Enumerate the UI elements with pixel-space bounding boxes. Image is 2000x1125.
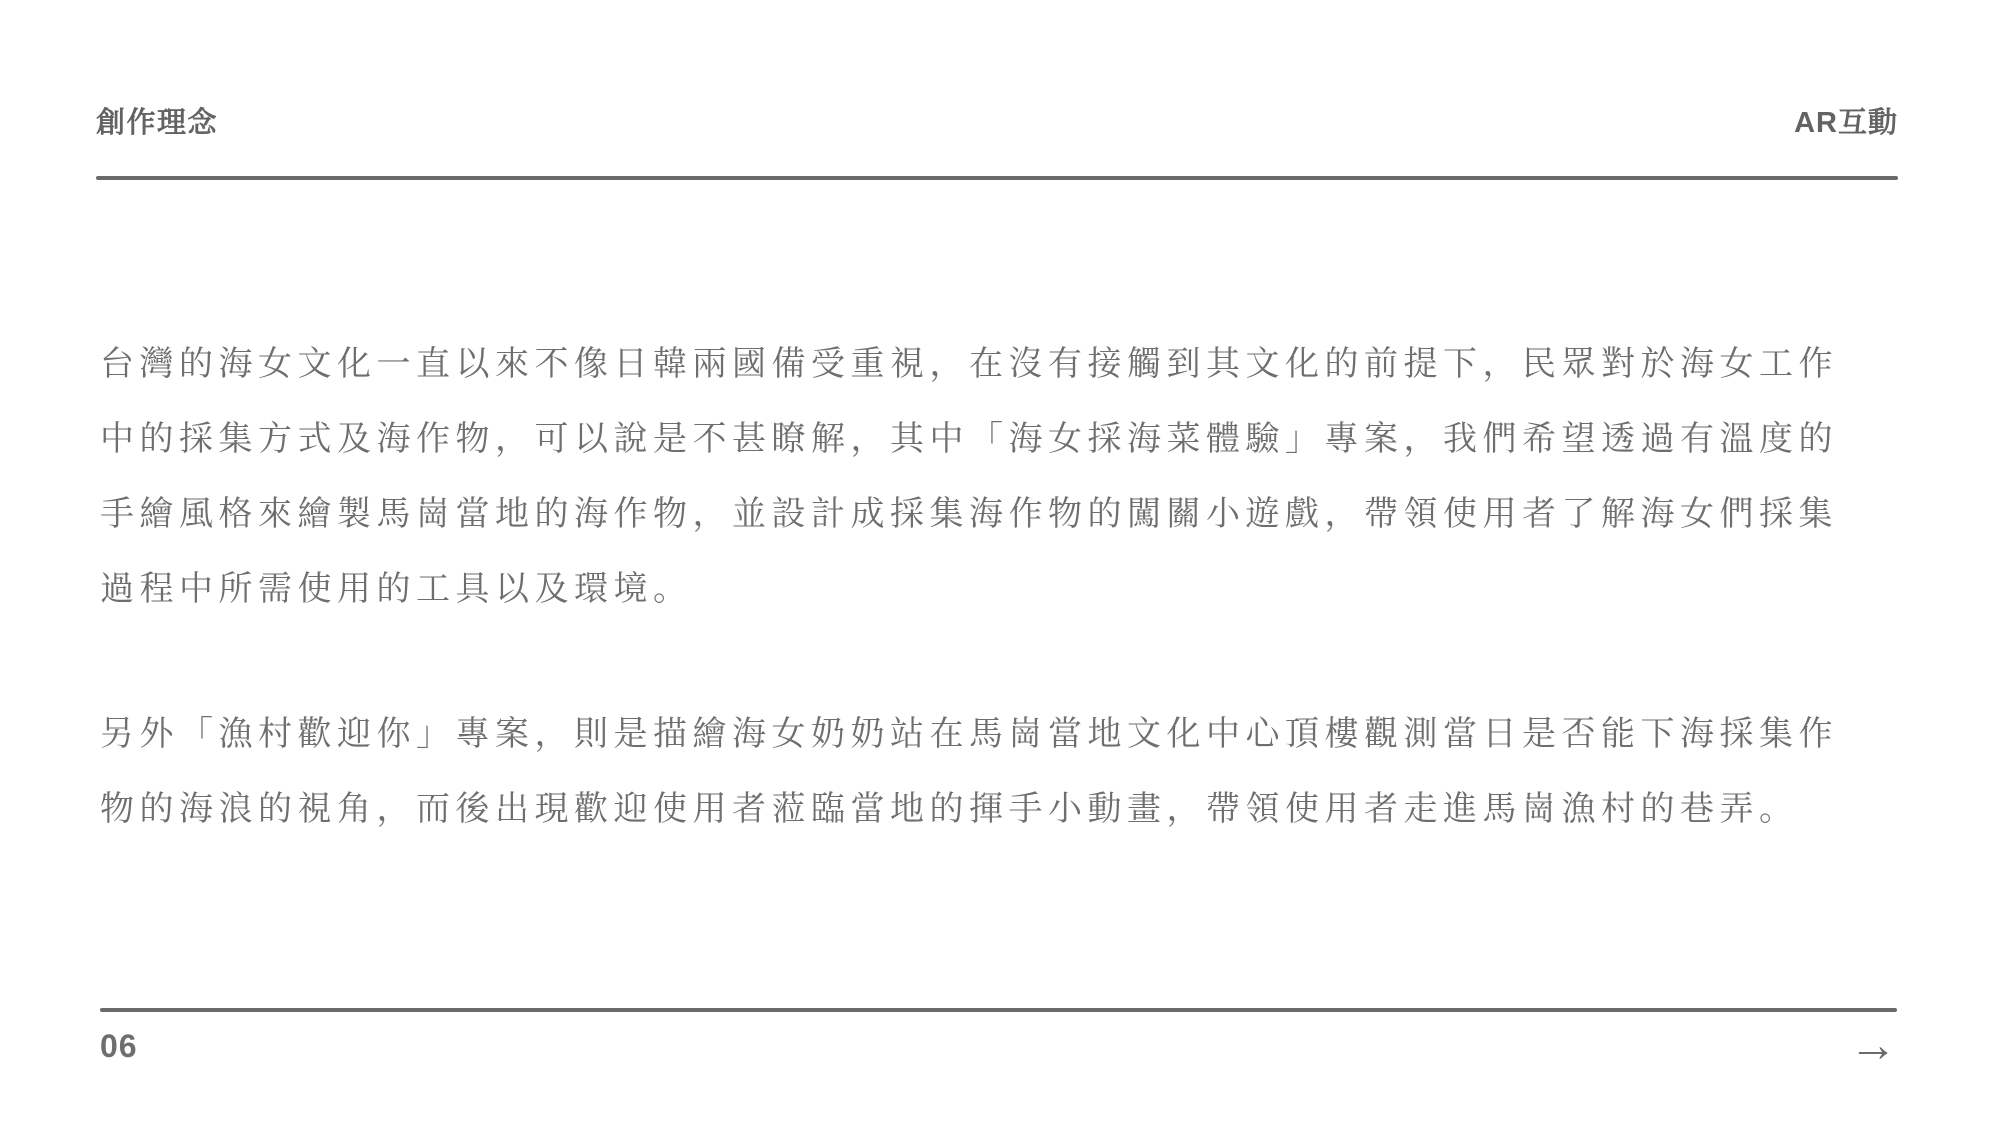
page-title: 創作理念	[96, 100, 218, 141]
section-tag: AR互動	[1794, 100, 1898, 141]
body-text: 台灣的海女文化一直以來不像日韓兩國備受重視，在沒有接觸到其文化的前提下，民眾對於…	[100, 327, 1910, 847]
paragraph-2: 另外「漁村歡迎你」專案，則是描繪海女奶奶站在馬崗當地文化中心頂樓觀測當日是否能下…	[100, 697, 1910, 847]
header: 創作理念 AR互動	[96, 100, 1898, 141]
next-arrow-icon[interactable]: →	[1849, 1022, 1897, 1070]
text-line: 中的採集方式及海作物，可以說是不甚瞭解，其中「海女採海菜體驗」專案，我們希望透過…	[100, 402, 1910, 477]
footer-divider	[100, 1008, 1897, 1012]
text-line: 物的海浪的視角，而後出現歡迎使用者蒞臨當地的揮手小動畫，帶領使用者走進馬崗漁村的…	[100, 772, 1910, 847]
text-line: 過程中所需使用的工具以及環境。	[100, 552, 1910, 627]
header-divider	[96, 176, 1898, 180]
paragraph-1: 台灣的海女文化一直以來不像日韓兩國備受重視，在沒有接觸到其文化的前提下，民眾對於…	[100, 327, 1910, 627]
page-number: 06	[100, 1028, 138, 1065]
slide-page: 創作理念 AR互動 台灣的海女文化一直以來不像日韓兩國備受重視，在沒有接觸到其文…	[0, 0, 2000, 1125]
footer: 06 →	[100, 1022, 1897, 1070]
text-line: 另外「漁村歡迎你」專案，則是描繪海女奶奶站在馬崗當地文化中心頂樓觀測當日是否能下…	[100, 697, 1910, 772]
text-line: 台灣的海女文化一直以來不像日韓兩國備受重視，在沒有接觸到其文化的前提下，民眾對於…	[100, 327, 1910, 402]
text-line: 手繪風格來繪製馬崗當地的海作物，並設計成採集海作物的闖關小遊戲，帶領使用者了解海…	[100, 477, 1910, 552]
